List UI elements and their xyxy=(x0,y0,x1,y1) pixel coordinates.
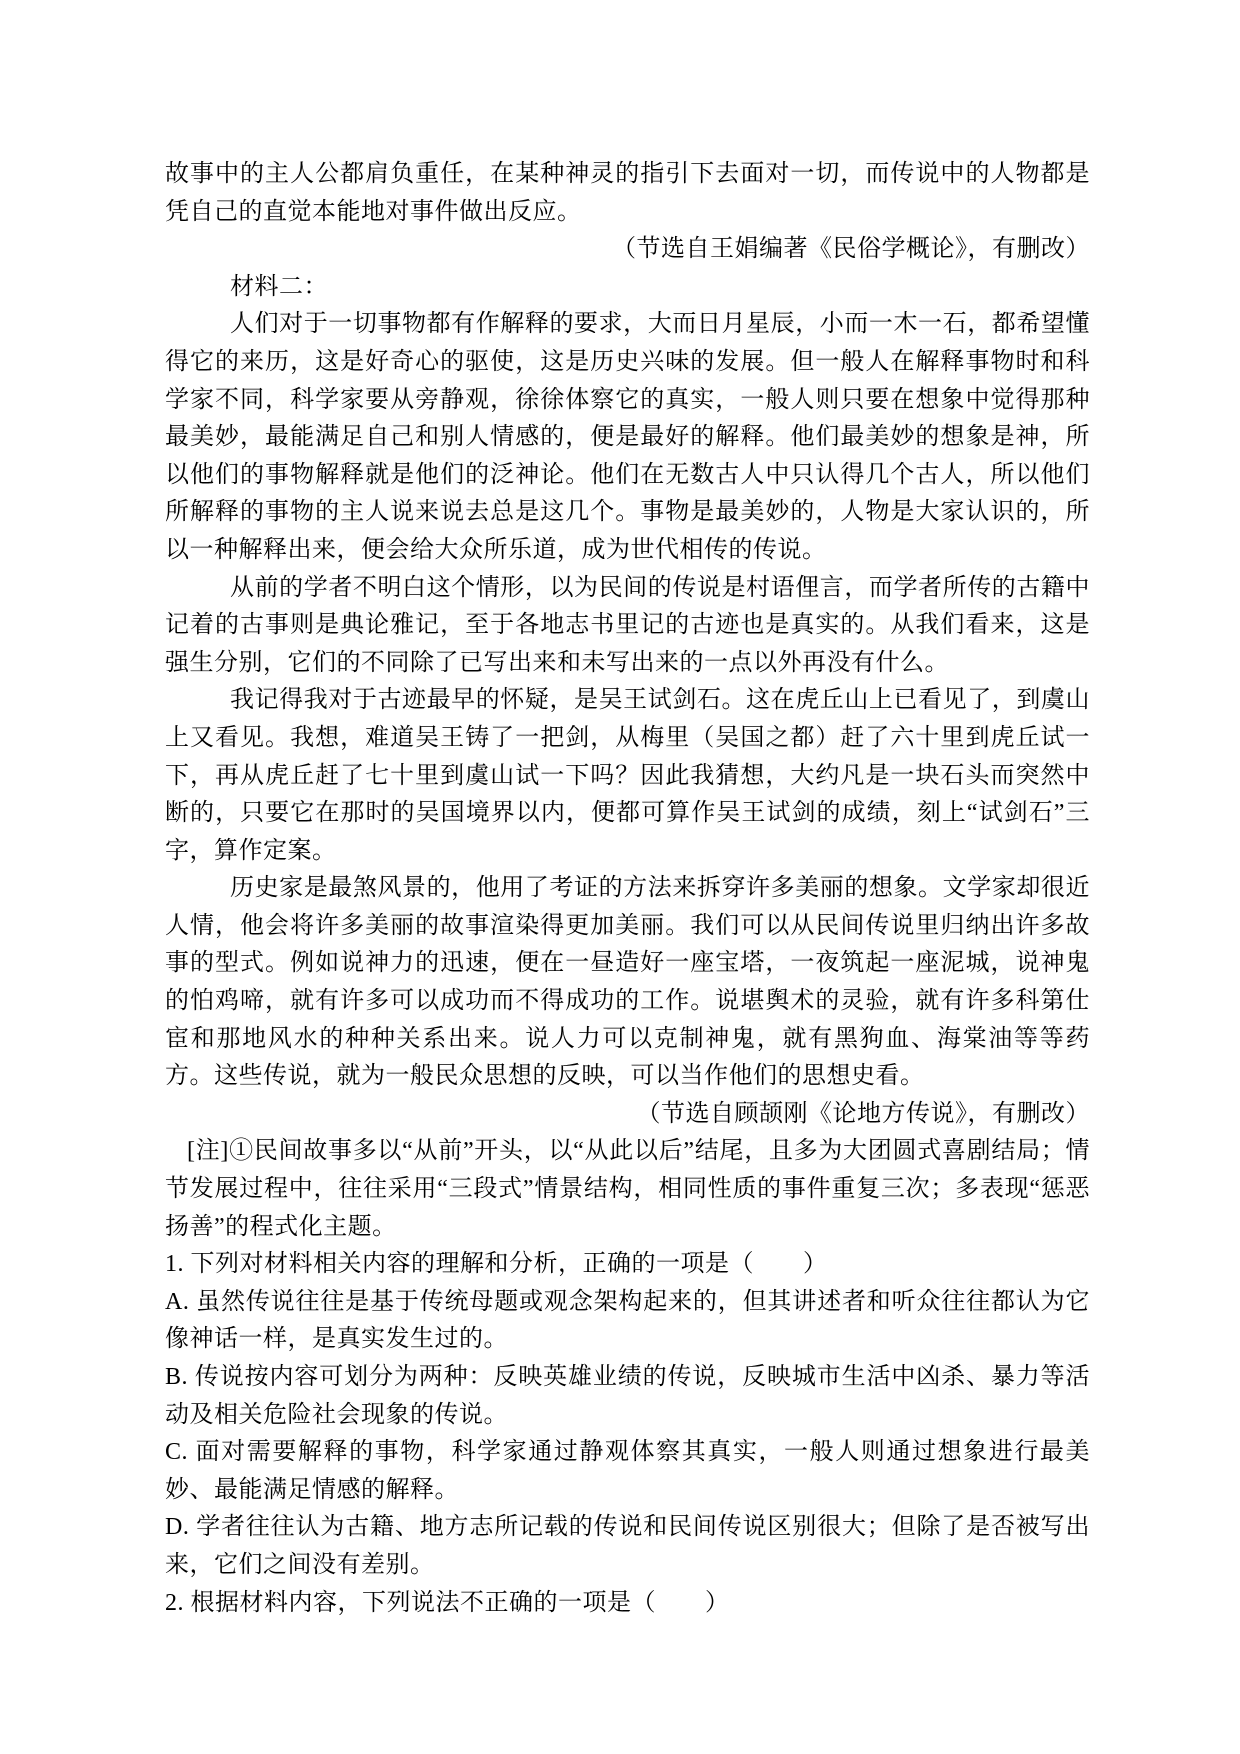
source-attribution-material-2: （节选自顾颉刚《论地方传说》，有删改） xyxy=(165,1096,1090,1134)
document-content: 故事中的主人公都肩负重任，在某种神灵的指引下去面对一切，而传说中的人物都是凭自己… xyxy=(165,156,1090,1622)
question-2: 2. 根据材料内容，下列说法不正确的一项是（ ） xyxy=(165,1585,1090,1623)
material-2-paragraph-3: 我记得我对于古迹最早的怀疑，是吴王试剑石。这在虎丘山上已看见了，到虞山上又看见。… xyxy=(165,682,1090,870)
footnote: [注]①民间故事多以“从前”开头，以“从此以后”结尾，且多为大团圆式喜剧结局；情… xyxy=(165,1133,1090,1246)
paragraph-continuation: 故事中的主人公都肩负重任，在某种神灵的指引下去面对一切，而传说中的人物都是凭自己… xyxy=(165,156,1090,231)
material-2-paragraph-2: 从前的学者不明白这个情形，以为民间的传说是村语俚言，而学者所传的古籍中记着的古事… xyxy=(165,570,1090,683)
question-1-option-c: C. 面对需要解释的事物，科学家通过静观体察其真实，一般人则通过想象进行最美妙、… xyxy=(165,1434,1090,1509)
question-1-option-a: A. 虽然传说往往是基于传统母题或观念架构起来的，但其讲述者和听众往往都认为它像… xyxy=(165,1284,1090,1359)
document-page: 故事中的主人公都肩负重任，在某种神灵的指引下去面对一切，而传说中的人物都是凭自己… xyxy=(0,0,1240,1754)
question-1: 1. 下列对材料相关内容的理解和分析，正确的一项是（ ） xyxy=(165,1246,1090,1284)
question-1-option-d: D. 学者往往认为古籍、地方志所记载的传说和民间传说区别很大；但除了是否被写出来… xyxy=(165,1509,1090,1584)
question-1-option-b: B. 传说按内容可划分为两种：反映英雄业绩的传说，反映城市生活中凶杀、暴力等活动… xyxy=(165,1359,1090,1434)
material-2-paragraph-4: 历史家是最煞风景的，他用了考证的方法来拆穿许多美丽的想象。文学家却很近人情，他会… xyxy=(165,870,1090,1096)
source-attribution-material-1: （节选自王娟编著《民俗学概论》，有删改） xyxy=(165,231,1090,269)
material-2-heading: 材料二： xyxy=(165,269,1090,307)
material-2-paragraph-1: 人们对于一切事物都有作解释的要求，大而日月星辰，小而一木一石，都希望懂得它的来历… xyxy=(165,306,1090,569)
